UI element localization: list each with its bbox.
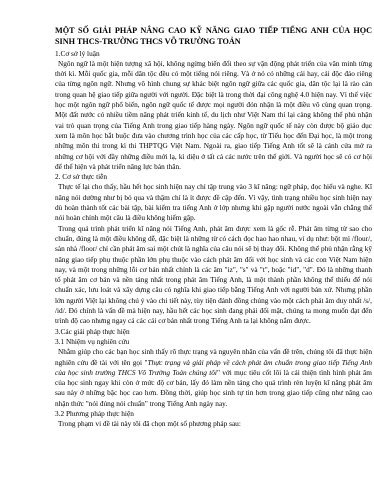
section-3-1-paragraph: Nhằm giúp cho các bạn học sinh thấy rõ t…	[55, 347, 372, 409]
section-3-2-paragraph: Trong phạm vi đề tài này tôi đã chọn một…	[55, 419, 372, 429]
section-1-heading: 1.Cơ sở lý luận	[55, 49, 372, 59]
section-2-paragraph-1: Thực tế lại cho thấy, hầu hết học sinh h…	[55, 182, 372, 223]
section-1-paragraph: Ngôn ngữ là một hiện tượng xã hội, không…	[55, 59, 372, 172]
section-2-paragraph-2: Trong quá trình phát triển kĩ năng nói T…	[55, 224, 372, 327]
document-page: MỘT SỐ GIẢI PHÁP NÂNG CAO KỸ NĂNG GIAO T…	[0, 0, 374, 484]
section-3-heading: 3.Các giải pháp thực hiện	[55, 327, 372, 337]
section-3-2-heading: 3.2 Phương pháp thực hiện	[55, 409, 372, 419]
section-2-heading: 2. Cơ sở thực tiễn	[55, 172, 372, 182]
document-title: MỘT SỐ GIẢI PHÁP NÂNG CAO KỸ NĂNG GIAO T…	[55, 26, 372, 48]
section-3-1-heading: 3.1 Nhiệm vụ nghiên cứu	[55, 337, 372, 347]
